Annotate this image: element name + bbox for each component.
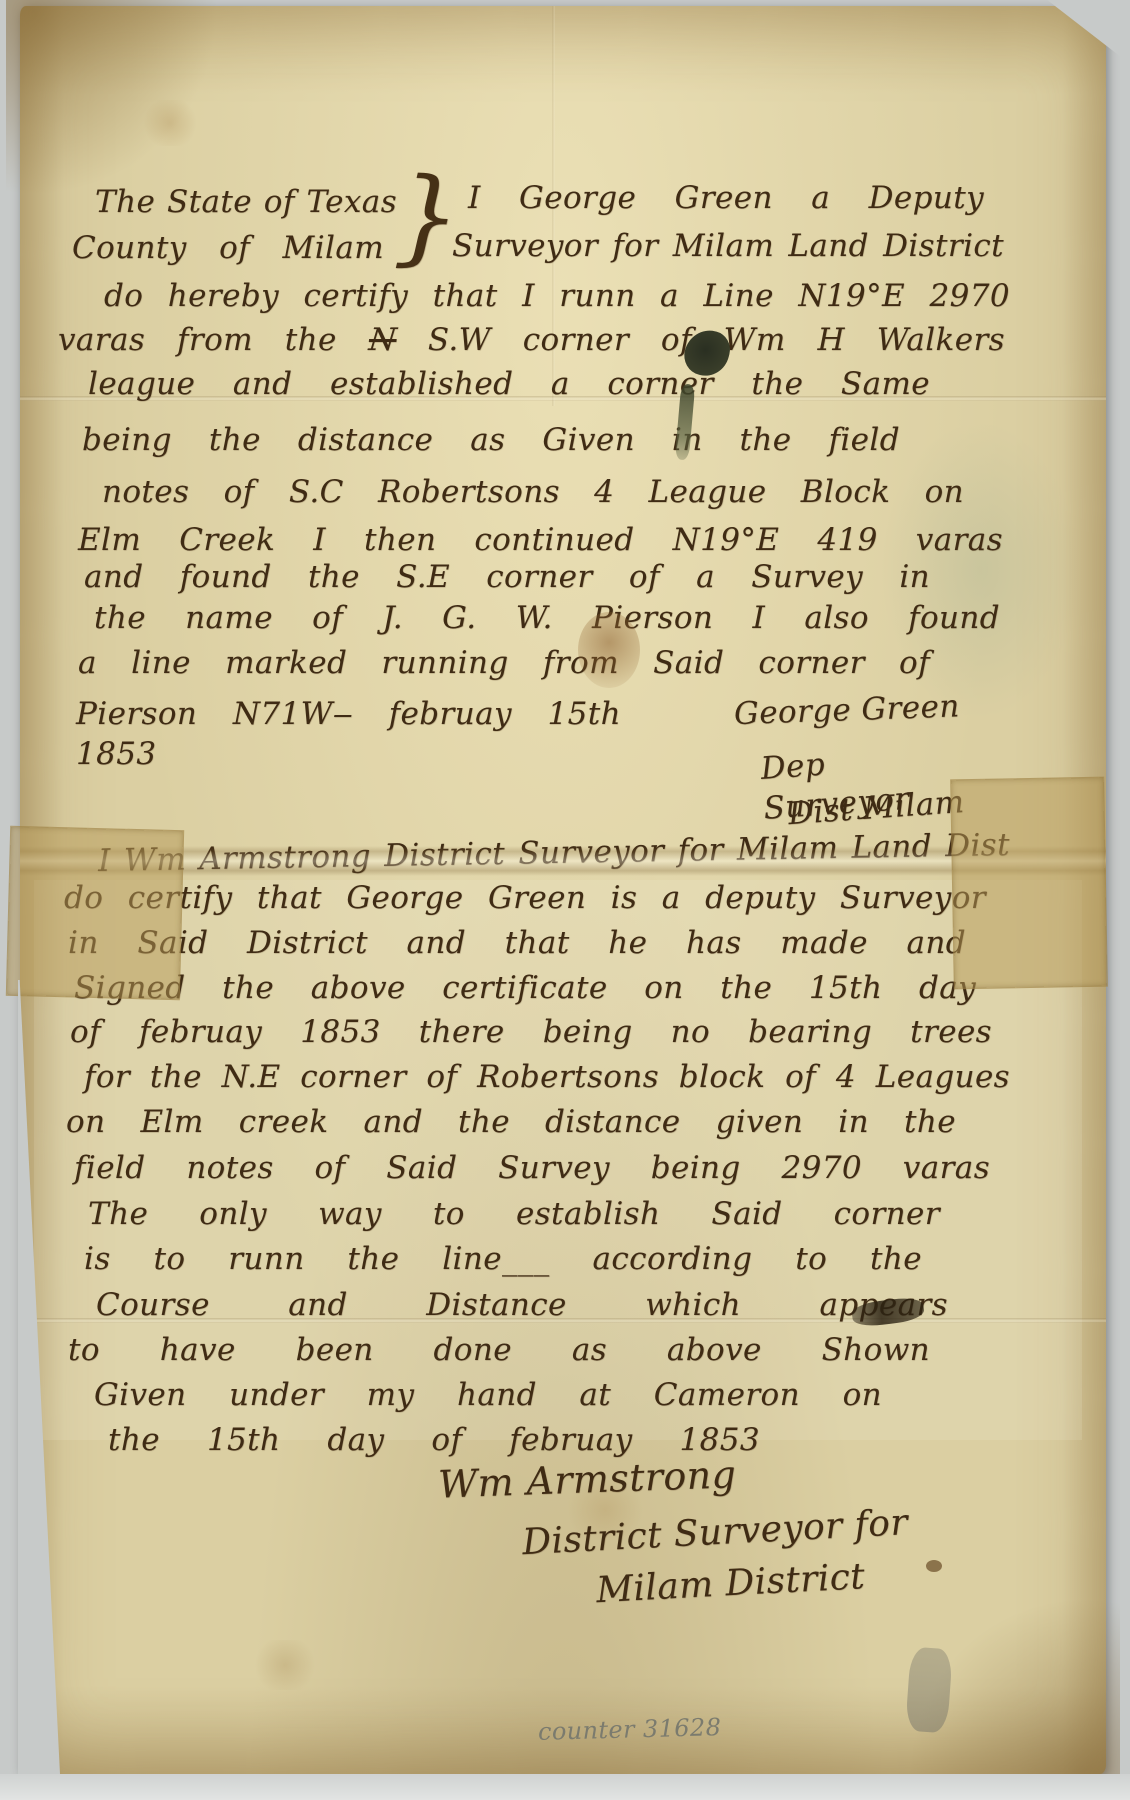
handwritten-line: to have been done as above Shown — [68, 1330, 930, 1370]
handwritten-line: County of Milam — [72, 228, 384, 268]
handwritten-line: being the distance as Given in the field — [82, 420, 900, 460]
signature-george-green: George Green — [733, 686, 974, 734]
handwritten-line: Signed the above certificate on the 15th… — [74, 968, 976, 1008]
handwritten-line: Surveyor for Milam Land District — [452, 226, 1004, 266]
handwritten-line: field notes of Said Survey being 2970 va… — [74, 1148, 990, 1188]
handwritten-line: The State of Texas — [95, 182, 397, 222]
handwritten-line: of februay 1853 there being no bearing t… — [70, 1012, 992, 1052]
handwritten-line: varas from the N S.W corner of Wm H Walk… — [58, 320, 1005, 360]
line-text: varas from the — [58, 322, 337, 358]
handwritten-line: The only way to establish Said corner — [88, 1194, 940, 1234]
handwritten-line: is to runn the line___ according to the — [84, 1239, 922, 1279]
handwritten-line: for the N.E corner of Robertsons block o… — [84, 1057, 1010, 1097]
handwritten-line: Elm Creek I then continued N19°E 419 var… — [78, 520, 1003, 560]
handwritten-line: on Elm creek and the distance given in t… — [66, 1102, 956, 1142]
scanned-document-stage: The State of Texas I George Green a Depu… — [0, 0, 1130, 1800]
handwritten-line: the name of J. G. W. Pierson I also foun… — [94, 598, 1000, 638]
handwritten-line: do hereby certify that I runn a Line N19… — [104, 276, 1010, 316]
archival-pencil-note: counter 31628 — [538, 1711, 759, 1747]
handwritten-line: Course and Distance which appears — [96, 1285, 948, 1325]
handwritten-line: Given under my hand at Cameron on — [94, 1375, 882, 1415]
handwritten-line: a line marked running from Said corner o… — [78, 643, 930, 683]
struck-out-letter: N — [366, 320, 398, 360]
handwritten-line: Pierson N71W‒ februay 15th 1853 — [76, 694, 621, 774]
handwritten-line: and found the S.E corner of a Survey in — [84, 557, 930, 597]
handwritten-line: I George Green a Deputy — [468, 178, 984, 218]
line-text: S.W corner of Wm H Walkers — [428, 322, 1005, 358]
scanner-background — [0, 1774, 1130, 1800]
handwritten-line: do certify that George Green is a deputy… — [64, 878, 986, 918]
handwritten-line: in Said District and that he has made an… — [68, 923, 966, 963]
handwritten-line: league and established a corner the Same — [88, 364, 930, 404]
handwritten-line: notes of S.C Robertsons 4 League Block o… — [102, 472, 964, 512]
